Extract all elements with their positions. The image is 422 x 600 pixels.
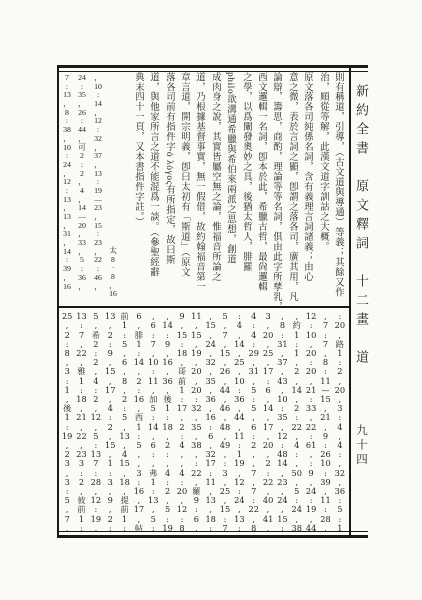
verse-ref-cell: 19 xyxy=(160,524,174,533)
verse-ref-cell: , xyxy=(60,524,74,533)
text-column-9: 成肉身之說，其實皆屬空無之論，惟福音所論之 xyxy=(207,72,222,308)
verse-ref-token: 16 xyxy=(63,283,71,292)
verse-ref-cell: 1 xyxy=(117,321,131,330)
verse-ref-cell: 44 xyxy=(304,524,318,533)
verse-ref-cell: 2 xyxy=(333,367,347,376)
text-column-11: 章言道，開宗明義，卽曰太初有「斯道」（原文 xyxy=(176,72,191,308)
text-column-13: 道，與他家所言之道不能混爲一談。（參聖經辭 xyxy=(145,72,160,308)
verse-ref-cell: : xyxy=(275,524,289,533)
verse-ref-cell: 1 xyxy=(333,524,347,533)
verse-ref-token: 16 xyxy=(109,290,117,299)
verse-ref-cell: 15 xyxy=(103,367,117,376)
text-column-5: 論辯，籌思，商酌，理論等等名詞，俱由此字所孳乳， xyxy=(268,72,283,308)
verse-ref-cell: , xyxy=(89,524,103,533)
frame-border-top-thick xyxy=(57,65,368,68)
verse-ref-cell: , xyxy=(232,367,246,376)
verse-reference-grid: 2513513前6,,911,5:43,,12,:,:,,1,614,,15,4… xyxy=(60,312,347,533)
verse-ref-cell: 14 xyxy=(160,321,174,330)
page-number: 九十四 xyxy=(353,424,368,468)
text-column-4: 意之微，表於言詞之顯，卽謂之落各司，廣其用，凡 xyxy=(284,72,299,308)
verse-ref-cell: : xyxy=(74,321,88,330)
verse-ref-cell: : xyxy=(304,321,318,330)
verse-ref-cell: , xyxy=(318,524,332,533)
verse-ref-column: 7:13，8:38，10:24，12:13，13，31，14:39，16 xyxy=(60,74,74,291)
verse-ref-cell: : xyxy=(318,367,332,376)
verse-ref-cell: : xyxy=(204,524,218,533)
verse-ref-cell: , xyxy=(189,524,203,533)
verse-ref-cell: : xyxy=(103,524,117,533)
text-column-6: 西文邏輯一名詞，卽本於此，希臘古哲，最尙邏輯 xyxy=(253,72,268,308)
verse-ref-cell: 3 xyxy=(60,367,74,376)
verse-ref-cell: 4 xyxy=(232,321,246,330)
verse-ref-cell: 15 xyxy=(204,321,218,330)
verse-ref-cell: , xyxy=(103,321,117,330)
text-column-8: philo欲溝通希臘與希伯來兩派之思想，創道 xyxy=(222,72,237,308)
text-column-12: 落各司前有指件字ὁ λόγος有所指定，故曰斯 xyxy=(161,72,176,308)
verse-ref-cell: , xyxy=(117,367,131,376)
verse-ref-cell: , xyxy=(132,321,146,330)
verse-ref-cell: , xyxy=(175,321,189,330)
verse-ref-cell: : xyxy=(74,524,88,533)
verse-ref-cell: , xyxy=(218,321,232,330)
verse-ref-cell: 17 xyxy=(261,367,275,376)
verse-ref-cell: , xyxy=(204,367,218,376)
running-title: 新約全書 原文釋詞 十二畫 道 xyxy=(353,84,370,369)
verse-ref-cell: 7 xyxy=(318,321,332,330)
verse-ref-cell: 20 xyxy=(189,367,203,376)
text-column-2: 治，順從等解，此漢文道字訓詁之大概。 xyxy=(315,72,330,308)
verse-ref-cell: , xyxy=(261,524,275,533)
verse-ref-cell: 哥 xyxy=(175,367,189,376)
verse-ref-cell: : xyxy=(117,524,131,533)
verse-ref-cell: 26 xyxy=(218,367,232,376)
verse-ref-token: ， xyxy=(94,283,102,292)
frame-border-bottom-thick xyxy=(57,535,368,538)
text-column-1: 則有稱道，引導，（古文道與導通）等義；其餘又作 xyxy=(330,72,345,308)
verse-ref-cell: , xyxy=(89,367,103,376)
text-column-3: 原文落各司純係名詞，含有義理言詞諸義；由心 xyxy=(299,72,314,308)
scanned-book-page: 新約全書 原文釋詞 十二畫 道 九十四 則有稱道，引導，（古文道與導通）等義；其… xyxy=(0,0,422,600)
verse-ref-cell: , xyxy=(89,321,103,330)
verse-ref-cell: 8 xyxy=(275,321,289,330)
verse-ref-cell: 雅 xyxy=(74,367,88,376)
verse-ref-cell: , xyxy=(189,321,203,330)
verse-ref-cell: , xyxy=(60,321,74,330)
text-column-14: 典末四十一頁，又本書指件字註。） xyxy=(130,72,145,308)
verse-ref-cell: 20 xyxy=(333,321,347,330)
verse-ref-cell: : xyxy=(232,524,246,533)
verse-ref-cell: : xyxy=(146,367,160,376)
frame-border-left xyxy=(57,65,59,538)
verse-ref-column: ，10:14，12:32，37，13:19—23，15:23，22:46， xyxy=(91,74,105,291)
verse-ref-cell: : xyxy=(247,321,261,330)
verse-ref-cell: , xyxy=(160,367,174,376)
text-column-7: 之學，以爲闡發奧妙之具，後猶太哲人，腓羅 xyxy=(238,72,253,308)
verse-ref-cell: 6 xyxy=(146,321,160,330)
verse-ref-cell: , xyxy=(275,367,289,376)
verse-ref-cell: 20 xyxy=(304,367,318,376)
verse-ref-cell: 帖 xyxy=(132,524,146,533)
frame-border-right xyxy=(349,65,351,538)
verse-ref-cell: 8 xyxy=(247,524,261,533)
verse-ref-cell: 38 xyxy=(290,524,304,533)
verse-ref-cell: 約 xyxy=(290,321,304,330)
verse-ref-cell: : xyxy=(146,524,160,533)
verse-ref-cell: 8 xyxy=(175,524,189,533)
verse-ref-column: 太8·8，16 xyxy=(106,247,120,299)
verse-ref-cell: , xyxy=(261,321,275,330)
verse-ref-cell: 31 xyxy=(247,367,261,376)
verse-ref-column: 24:35，26:44，可2:2，4，14—20，33，5:36， xyxy=(75,74,89,291)
verse-ref-token: ， xyxy=(78,283,86,292)
verse-ref-cell: 7 xyxy=(218,524,232,533)
text-column-10: 道，乃根據基督事實，無一假借，故約翰福音第一 xyxy=(191,72,206,308)
verse-ref-cell: 2 xyxy=(290,367,304,376)
verse-ref-cell: , xyxy=(132,367,146,376)
